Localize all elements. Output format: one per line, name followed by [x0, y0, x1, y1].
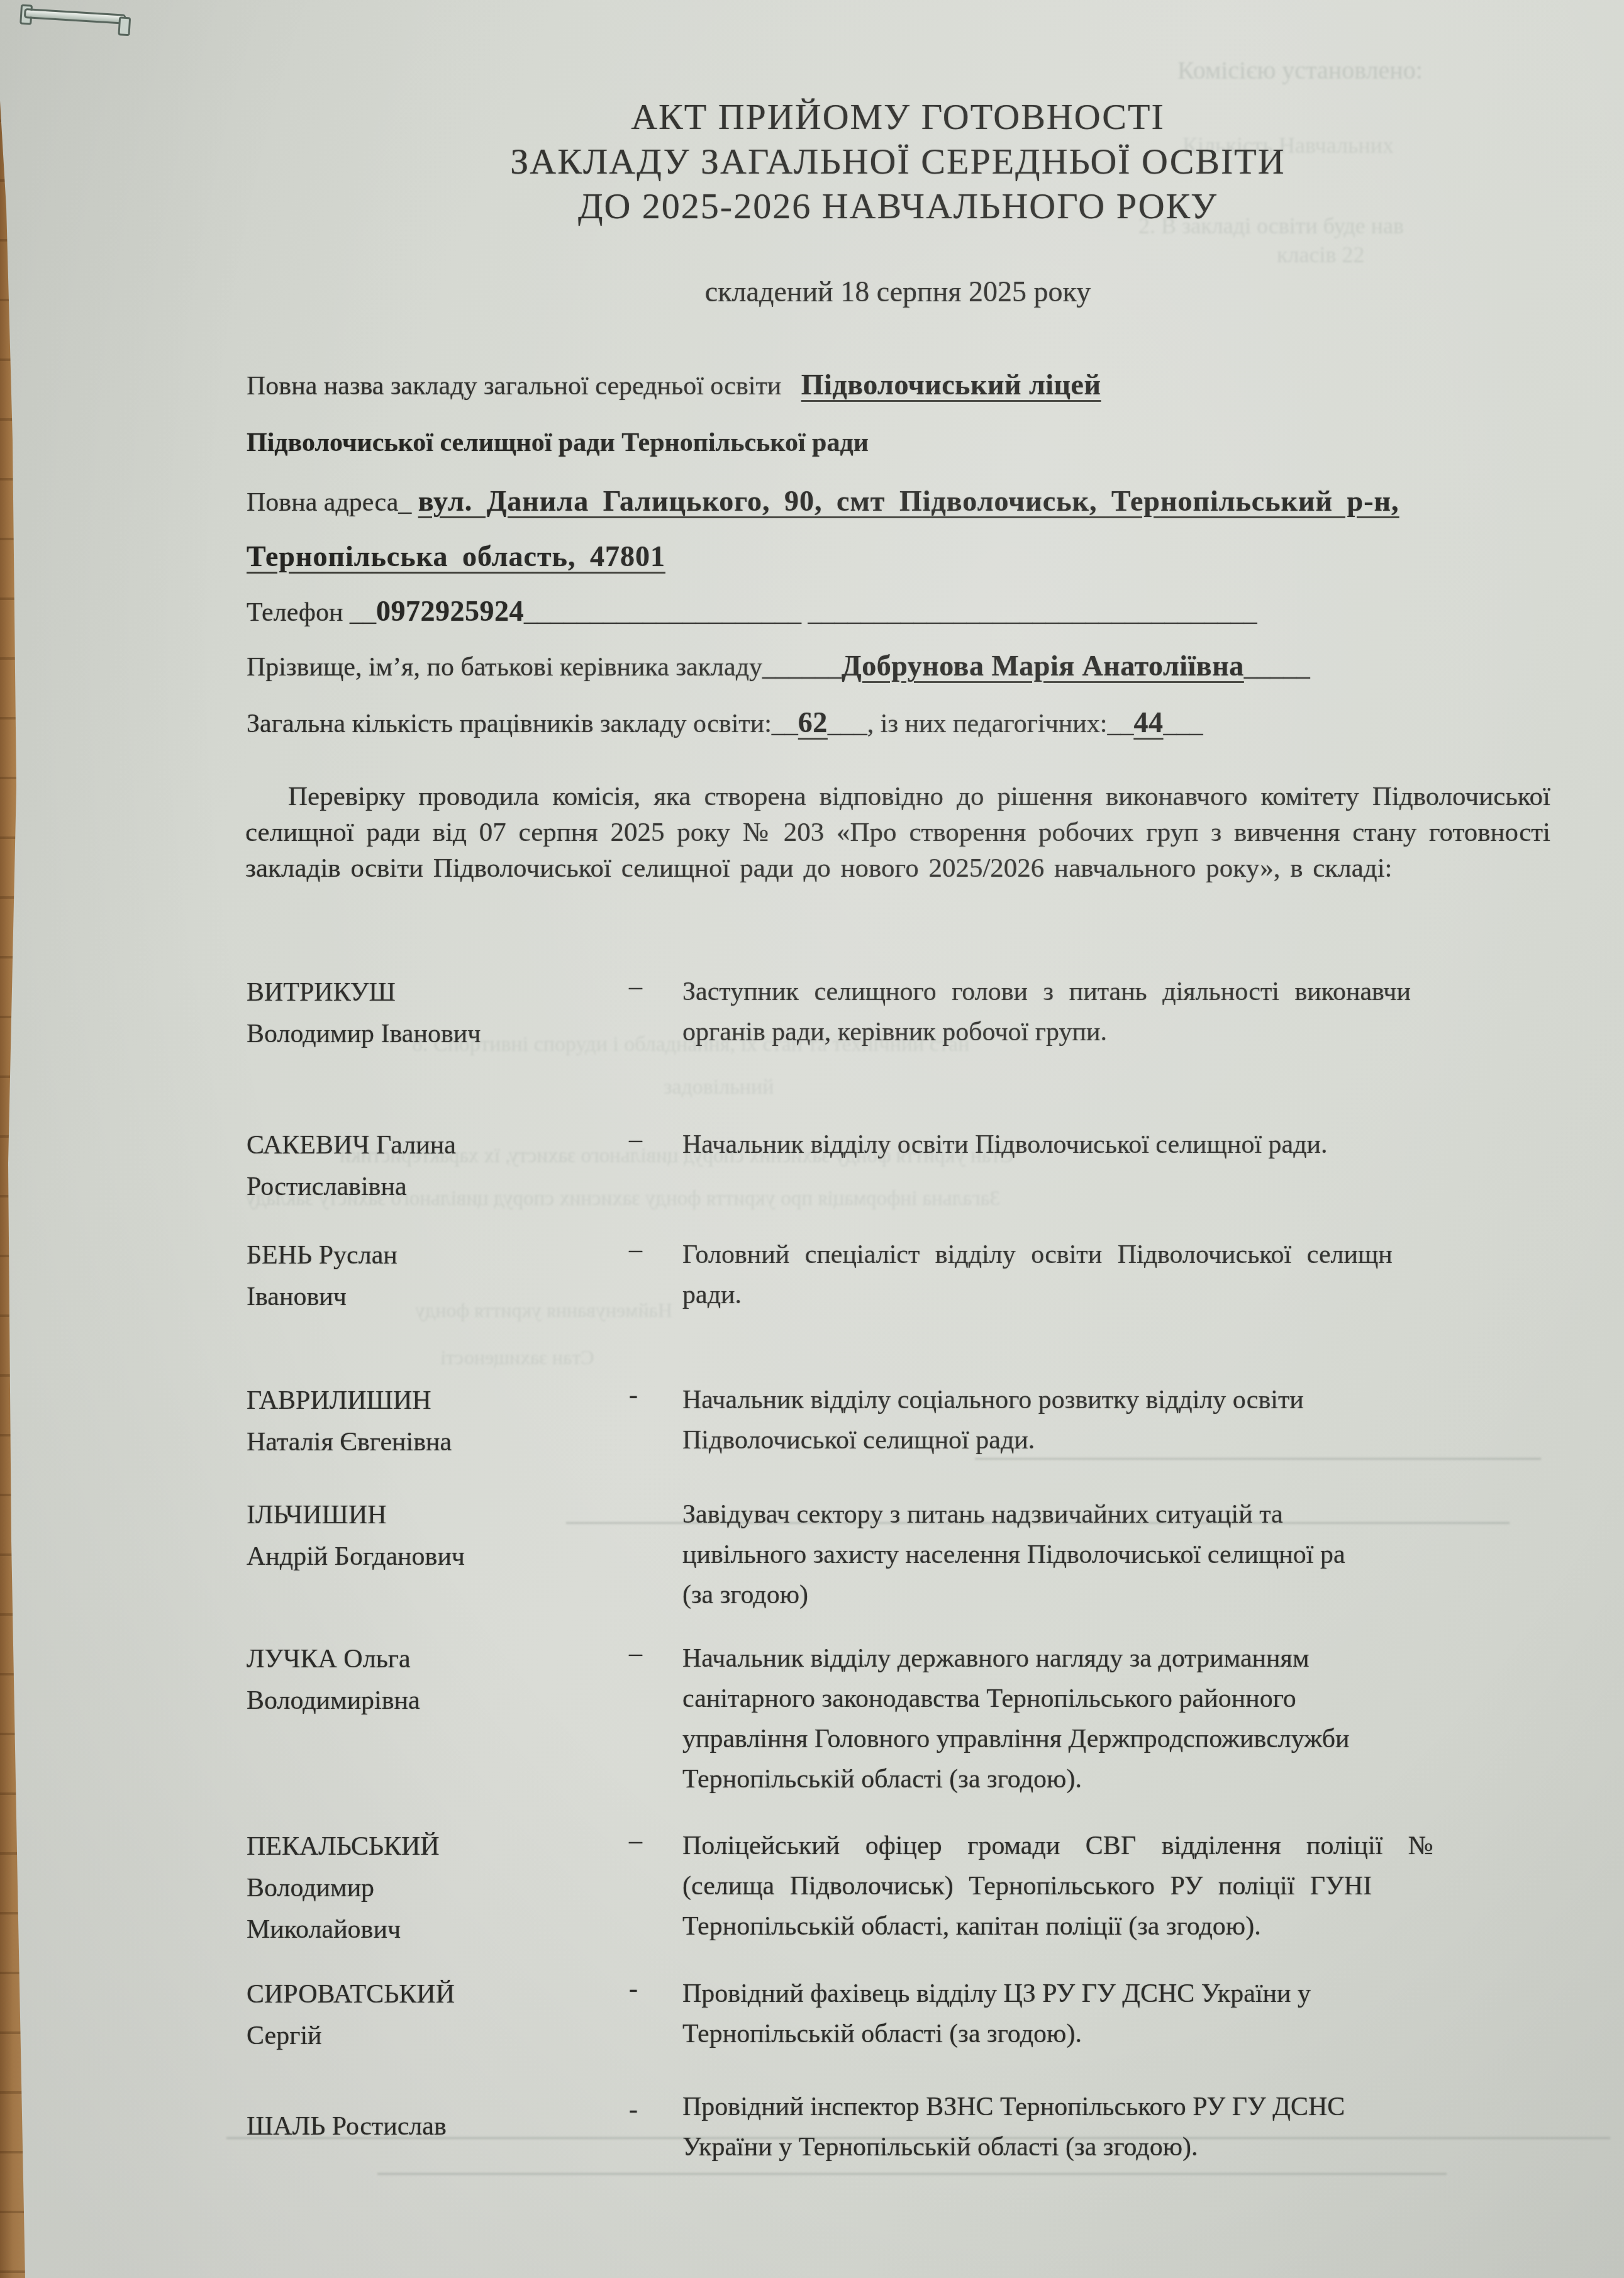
member-dash: - [629, 1974, 638, 2004]
staff-pedagogical-value: 44 [1133, 706, 1163, 738]
commission-intro-paragraph: Перевірку проводила комісія, яка створен… [245, 779, 1550, 886]
member-dash: - [629, 1380, 638, 1410]
staff-label: Загальна кількість працівників закладу о… [247, 709, 772, 738]
member-dash: – [629, 1125, 642, 1155]
staff-fill: ___ [1163, 709, 1203, 738]
bleedthrough-text: Стан захищеності [440, 1346, 594, 1369]
member-name: ПЕКАЛЬСЬКИЙ Володимир Миколайович [247, 1826, 649, 1950]
phone-fill: __ [350, 598, 376, 627]
member-role: Завідувач сектору з питань надзвичайних … [682, 1494, 1345, 1615]
bleedthrough-text: класів 22 [1277, 242, 1364, 268]
document-photo: Комісією установлено: Кількість Навчальн… [0, 0, 1624, 2278]
address-value-1: вул. Данила Галицького, 90, смт Підволоч… [418, 485, 1399, 517]
member-dash: – [629, 1638, 642, 1669]
member-dash: – [629, 1826, 642, 1856]
bleedthrough-text: Комісією установлено: [1177, 55, 1423, 85]
ghost-line [377, 2173, 1447, 2175]
bleedthrough-text: задовільний [664, 1075, 774, 1099]
field-institution-name2: Підволочиської селищної ради Тернопільсь… [247, 428, 869, 458]
director-fill: _____ [1244, 653, 1310, 682]
member-name: ГАВРИЛИШИН Наталія Євгенівна [247, 1380, 649, 1463]
phone-value: 0972925924 [376, 595, 524, 627]
member-role: Заступник селищного голови з питань діял… [682, 972, 1411, 1052]
title-line: АКТ ПРИЙОМУ ГОТОВНОСТІ [245, 94, 1550, 139]
staff-mid-label: , із них педагогічних: [867, 709, 1108, 738]
field-phone: Телефон __0972925924____________________… [247, 594, 1257, 628]
staple-icon [19, 3, 131, 33]
field-address: Повна адреса_ вул. Данила Галицького, 90… [247, 484, 1399, 518]
staff-fill: __ [772, 709, 798, 738]
member-name: ЛУЧКА Ольга Володимирівна [247, 1638, 649, 1721]
institution-name-label: Повна назва закладу загальної середньої … [247, 372, 781, 401]
field-address2: Тернопільська область, 47801 [247, 540, 665, 573]
member-role: Поліцейський офіцер громади СВГ відділен… [682, 1826, 1433, 1947]
field-director: Прізвище, ім’я, по батькові керівника за… [247, 649, 1310, 682]
field-staff-count: Загальна кількість працівників закладу о… [247, 706, 1203, 739]
staff-fill: __ [1107, 709, 1133, 738]
staff-total-value: 62 [798, 706, 828, 738]
director-label: Прізвище, ім’я, по батькові керівника за… [247, 653, 762, 682]
field-institution-name: Повна назва закладу загальної середньої … [247, 368, 1101, 401]
staple-bar [24, 8, 126, 25]
member-role: Начальник відділу державного нагляду за … [682, 1638, 1350, 1799]
table-edge [0, 0, 29, 2278]
member-dash: – [629, 1235, 642, 1265]
member-name: БЕНЬ Руслан Іванович [247, 1235, 649, 1318]
member-role: Провідний фахівець відділу ЦЗ РУ ГУ ДСНС… [682, 1974, 1311, 2054]
member-name: ШАЛЬ Ростислав [247, 2106, 649, 2147]
institution-name-value: Підволочиський ліцей [801, 369, 1101, 401]
phone-fill: _____________________ [524, 598, 801, 627]
member-name: ІЛЬЧИШИН Андрій Богданович [247, 1494, 649, 1577]
member-name: ВИТРИКУШ Володимир Іванович [247, 972, 649, 1055]
member-name: САКЕВИЧ Галина Ростиславівна [247, 1125, 649, 1208]
member-role: Провідний інспектор ВЗНС Тернопільського… [682, 2087, 1345, 2167]
director-value: Добрунова Марія Анатоліївна [842, 650, 1244, 682]
date-line: складений 18 серпня 2025 року [245, 275, 1550, 308]
address-value-2: Тернопільська область, 47801 [247, 540, 665, 572]
phone-label: Телефон [247, 598, 343, 627]
director-fill: ______ [762, 653, 842, 682]
title-line: ЗАКЛАДУ ЗАГАЛЬНОЇ СЕРЕДНЬОЇ ОСВІТИ [245, 139, 1550, 184]
member-name: СИРОВАТСЬКИЙ Сергій [247, 1974, 649, 2057]
staff-fill: ___ [828, 709, 867, 738]
member-dash: - [629, 2094, 638, 2125]
member-role: Головний спеціаліст відділу освіти Підво… [682, 1235, 1393, 1315]
title-line: ДО 2025-2026 НАВЧАЛЬНОГО РОКУ [245, 184, 1550, 228]
staple-end-right [118, 16, 131, 36]
member-dash: – [629, 972, 642, 1002]
member-role: Начальник відділу освіти Підволочиської … [682, 1125, 1328, 1165]
address-label: Повна адреса_ [247, 488, 411, 517]
document-title: АКТ ПРИЙОМУ ГОТОВНОСТІ ЗАКЛАДУ ЗАГАЛЬНОЇ… [245, 94, 1550, 228]
member-role: Начальник відділу соціального розвитку в… [682, 1380, 1304, 1460]
phone-fill: __________________________________ [808, 598, 1257, 627]
institution-name-value2: Підволочиської селищної ради Тернопільсь… [247, 428, 869, 457]
